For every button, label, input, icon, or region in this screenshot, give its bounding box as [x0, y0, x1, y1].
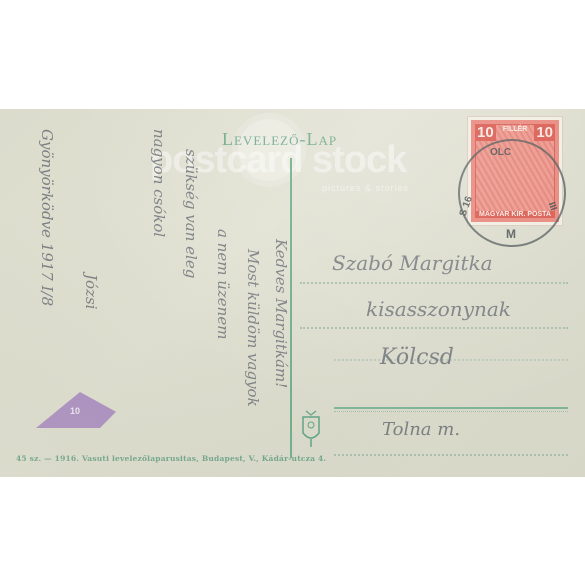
postcard-title: Levelező-Lap [222, 129, 337, 150]
message-signature: Józsi [82, 274, 100, 309]
stamp-value-left: 10 [475, 124, 496, 141]
message-line-3: a nem üzenem [214, 229, 232, 339]
stamp-value-right: 10 [534, 124, 555, 141]
watermark-tagline: pictures & stories [322, 183, 409, 193]
postmark-top: OLC [490, 147, 511, 158]
stamp-top-label: FILLÉR [501, 126, 529, 133]
address-line-4 [334, 407, 568, 409]
postmark-bottom: M [506, 227, 516, 241]
address-town: Kölcsd [380, 345, 454, 370]
postmark-icon: OLC S 16 M III [458, 139, 566, 247]
publisher-emblem-icon [300, 409, 322, 449]
message-line-5: nagyon csókol [150, 129, 168, 237]
center-divider [290, 158, 292, 458]
address-recipient: Szabó Margitka [332, 251, 493, 275]
postmark-right: III [546, 201, 559, 213]
margin-note: Gyönyörködve 1917 I/8 [38, 129, 56, 306]
postmark-left: S 16 [458, 195, 475, 218]
censor-value: 10 [70, 406, 80, 416]
address-line-1 [300, 282, 568, 284]
address-county: Tolna m. [382, 419, 460, 440]
message-line-4: szükség van eleg [182, 149, 200, 278]
publisher-imprint: 45 sz. — 1916. Vasuti levelezőlaparusita… [16, 454, 326, 463]
address-line-5 [334, 454, 568, 456]
message-line-1: Kedves Margitkám! [272, 239, 290, 388]
postcard-back: postcard stock pictures & stories Levele… [0, 109, 585, 477]
address-line-2 [300, 327, 568, 329]
address-title: kisasszonynak [366, 297, 511, 321]
message-line-2: Most küldöm vagyok [244, 249, 262, 407]
censor-stamp: 10 [36, 392, 116, 428]
